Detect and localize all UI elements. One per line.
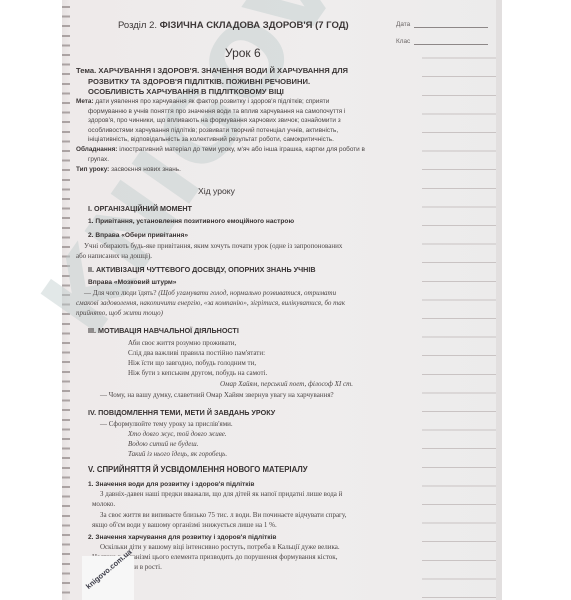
section-4-title: IV. ПОВІДОМЛЕННЯ ТЕМИ, МЕТИ Й ЗАВДАНЬ УР…	[88, 408, 275, 417]
lesson-title: Урок 6	[225, 46, 261, 60]
proverb: Хто довго жує, той довго живе.	[128, 429, 227, 439]
section-1-item-1: 1. Привітання, установлення позитивного …	[88, 218, 294, 225]
type-text: засвоєння нових знань.	[111, 166, 181, 173]
section-2-title: II. АКТИВІЗАЦІЯ ЧУТТЄВОГО ДОСВІДУ, ОПОРН…	[88, 265, 316, 274]
brainstorm-question: — Для чого люди їдять?	[84, 289, 158, 297]
lesson-equipment: Обладнання: ілюстративний матеріал до те…	[76, 145, 366, 164]
topic-label: Тема.	[76, 66, 96, 75]
spiral-binding	[62, 0, 70, 600]
lesson-type: Тип уроку: засвоєння нових знань.	[76, 165, 366, 175]
ruled-notes-margin	[422, 40, 502, 600]
proverb: Водою ситий не будеш.	[128, 439, 198, 449]
class-label: Клас	[396, 38, 410, 45]
section-2-item: Вправа «Мозковий штурм»	[88, 279, 176, 286]
lesson-goal: Мета: дати уявлення про харчування як фа…	[76, 97, 366, 145]
equipment-label: Обладнання:	[76, 146, 117, 153]
poem-line: Аби своє життя розумно проживати,	[128, 338, 236, 348]
type-label: Тип уроку:	[76, 166, 109, 173]
date-field[interactable]: Дата	[396, 21, 488, 28]
section-2-text: — Для чого люди їдять? (Щоб угамувати го…	[76, 288, 350, 318]
date-label: Дата	[396, 21, 410, 28]
section-3-question: — Чому, на вашу думку, славетний Омар Ха…	[100, 390, 362, 400]
section-header: Розділ 2. ФІЗИЧНА СКЛАДОВА ЗДОРОВ'Я (7 Г…	[118, 20, 349, 31]
goal-label: Мета:	[76, 98, 94, 105]
poem-attribution: Омар Хайям, перський поет, філософ XI ст…	[220, 380, 483, 388]
goal-text: дати уявлення про харчування як фактор р…	[88, 98, 345, 143]
section-5-item-1: 1. Значення води для розвитку і здоров'я…	[88, 481, 254, 488]
section-1-item-2-text: Учні обирають будь-яке привітання, яким …	[76, 241, 350, 261]
section-prefix: Розділ 2.	[118, 20, 160, 31]
section-4-prompt: — Сформулюйте тему уроку за прислів'ями.	[100, 419, 362, 429]
poem-line: Ніж бути з кепським другом, побудь на са…	[128, 368, 267, 378]
lesson-topic: Тема. ХАРЧУВАННЯ І ЗДОРОВ'Я. ЗНАЧЕННЯ ВО…	[76, 66, 366, 98]
class-input-line[interactable]	[414, 38, 488, 45]
proverb: Такий із нього їдець, як горобець.	[128, 449, 227, 459]
section-3-title: III. МОТИВАЦІЯ НАВЧАЛЬНОЇ ДІЯЛЬНОСТІ	[88, 326, 239, 335]
page-edge	[496, 0, 502, 600]
poem-line: Ніж їсти що завгодно, побудь голодним ти…	[128, 358, 256, 368]
poem-line: Слід два важливі правила постійно пам'ят…	[128, 348, 265, 358]
equipment-text: ілюстративний матеріал до теми уроку, м'…	[88, 146, 365, 163]
section-5-item-2: 2. Значення харчування для розвитку і зд…	[88, 534, 276, 541]
section-1-item-2: 2. Вправа «Обери привітання»	[88, 232, 188, 239]
topic-text: ХАРЧУВАННЯ І ЗДОРОВ'Я. ЗНАЧЕННЯ ВОДИ Й Х…	[88, 66, 348, 96]
section-title: ФІЗИЧНА СКЛАДОВА ЗДОРОВ'Я (7 ГОД)	[160, 20, 349, 31]
section-5-item-1-p2: За своє життя ви випиваєте близько 75 ти…	[92, 510, 352, 530]
section-1-title: I. ОРГАНІЗАЦІЙНИЙ МОМЕНТ	[88, 204, 192, 213]
class-field[interactable]: Клас	[396, 38, 488, 45]
date-input-line[interactable]	[414, 21, 488, 28]
section-5-item-1-p1: З давніх-давен наші предки вважали, що д…	[92, 489, 352, 509]
section-5-title: V. СПРИЙНЯТТЯ Й УСВІДОМЛЕННЯ НОВОГО МАТЕ…	[88, 465, 308, 474]
course-title: Хід уроку	[198, 186, 235, 196]
